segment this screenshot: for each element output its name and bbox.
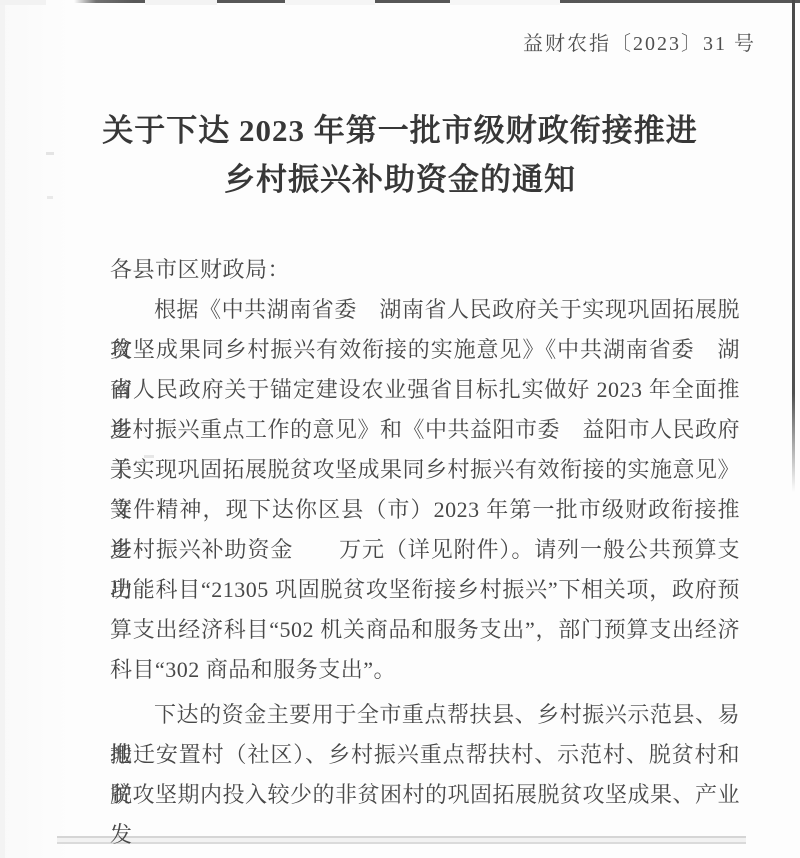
document-number: 益财农指〔2023〕31 号 <box>523 27 756 56</box>
scan-edge-right-line <box>792 0 795 492</box>
document-title-line-2: 乡村振兴补助资金的通知 <box>60 155 740 204</box>
scan-smudge <box>46 152 54 155</box>
body-line: 功能科目“21305 巩固脱贫攻坚衔接乡村振兴”下相关项，政府预 <box>110 570 740 610</box>
scan-smudge <box>0 0 46 5</box>
body-line: 文件精神，现下达你区县（市）2023 年第一批市级财政衔接推进 <box>110 490 740 530</box>
body-line: 乡村振兴补助资金 万元（详见附件）。请列一般公共预算支出 <box>110 530 740 570</box>
body-line: 算支出经济科目“502 机关商品和服务支出”，部门预算支出经济 <box>110 610 740 650</box>
body-line: 于实现巩固拓展脱贫攻坚成果同乡村振兴有效衔接的实施意见》等 <box>110 450 740 490</box>
document-title: 关于下达 2023 年第一批市级财政衔接推进 乡村振兴补助资金的通知 <box>60 106 740 204</box>
scanned-document-page: 益财农指〔2023〕31 号 关于下达 2023 年第一批市级财政衔接推进 乡村… <box>0 0 800 858</box>
body-line: 科目“302 商品和服务支出”。 <box>110 650 740 690</box>
document-body: 各县市区财政局： 根据《中共湖南省委 湖南省人民政府关于实现巩固拓展脱贫 攻坚成… <box>110 250 740 815</box>
scan-smudge <box>47 196 53 199</box>
salutation-line: 各县市区财政局： <box>110 250 740 290</box>
body-line: 搬迁安置村（社区）、乡村振兴重点帮扶村、示范村、脱贫村和脱 <box>110 735 740 775</box>
body-line: 贫攻坚期内投入较少的非贫困村的巩固拓展脱贫攻坚成果、产业发 <box>110 775 740 815</box>
scan-edge-top-line <box>74 0 800 3</box>
body-line: 下达的资金主要用于全市重点帮扶县、乡村振兴示范县、易地 <box>110 695 740 735</box>
body-line: 根据《中共湖南省委 湖南省人民政府关于实现巩固拓展脱贫 <box>110 290 740 330</box>
body-line: 省人民政府关于锚定建设农业强省目标扎实做好 2023 年全面推进 <box>110 370 740 410</box>
document-title-line-1: 关于下达 2023 年第一批市级财政衔接推进 <box>60 106 740 155</box>
body-line: 攻坚成果同乡村振兴有效衔接的实施意见》《中共湖南省委 湖南 <box>110 330 740 370</box>
scan-smudge <box>0 0 5 858</box>
scan-fold-bottom-line <box>57 836 746 844</box>
body-line: 乡村振兴重点工作的意见》和《中共益阳市委 益阳市人民政府关 <box>110 410 740 450</box>
scan-smudge <box>0 0 46 5</box>
